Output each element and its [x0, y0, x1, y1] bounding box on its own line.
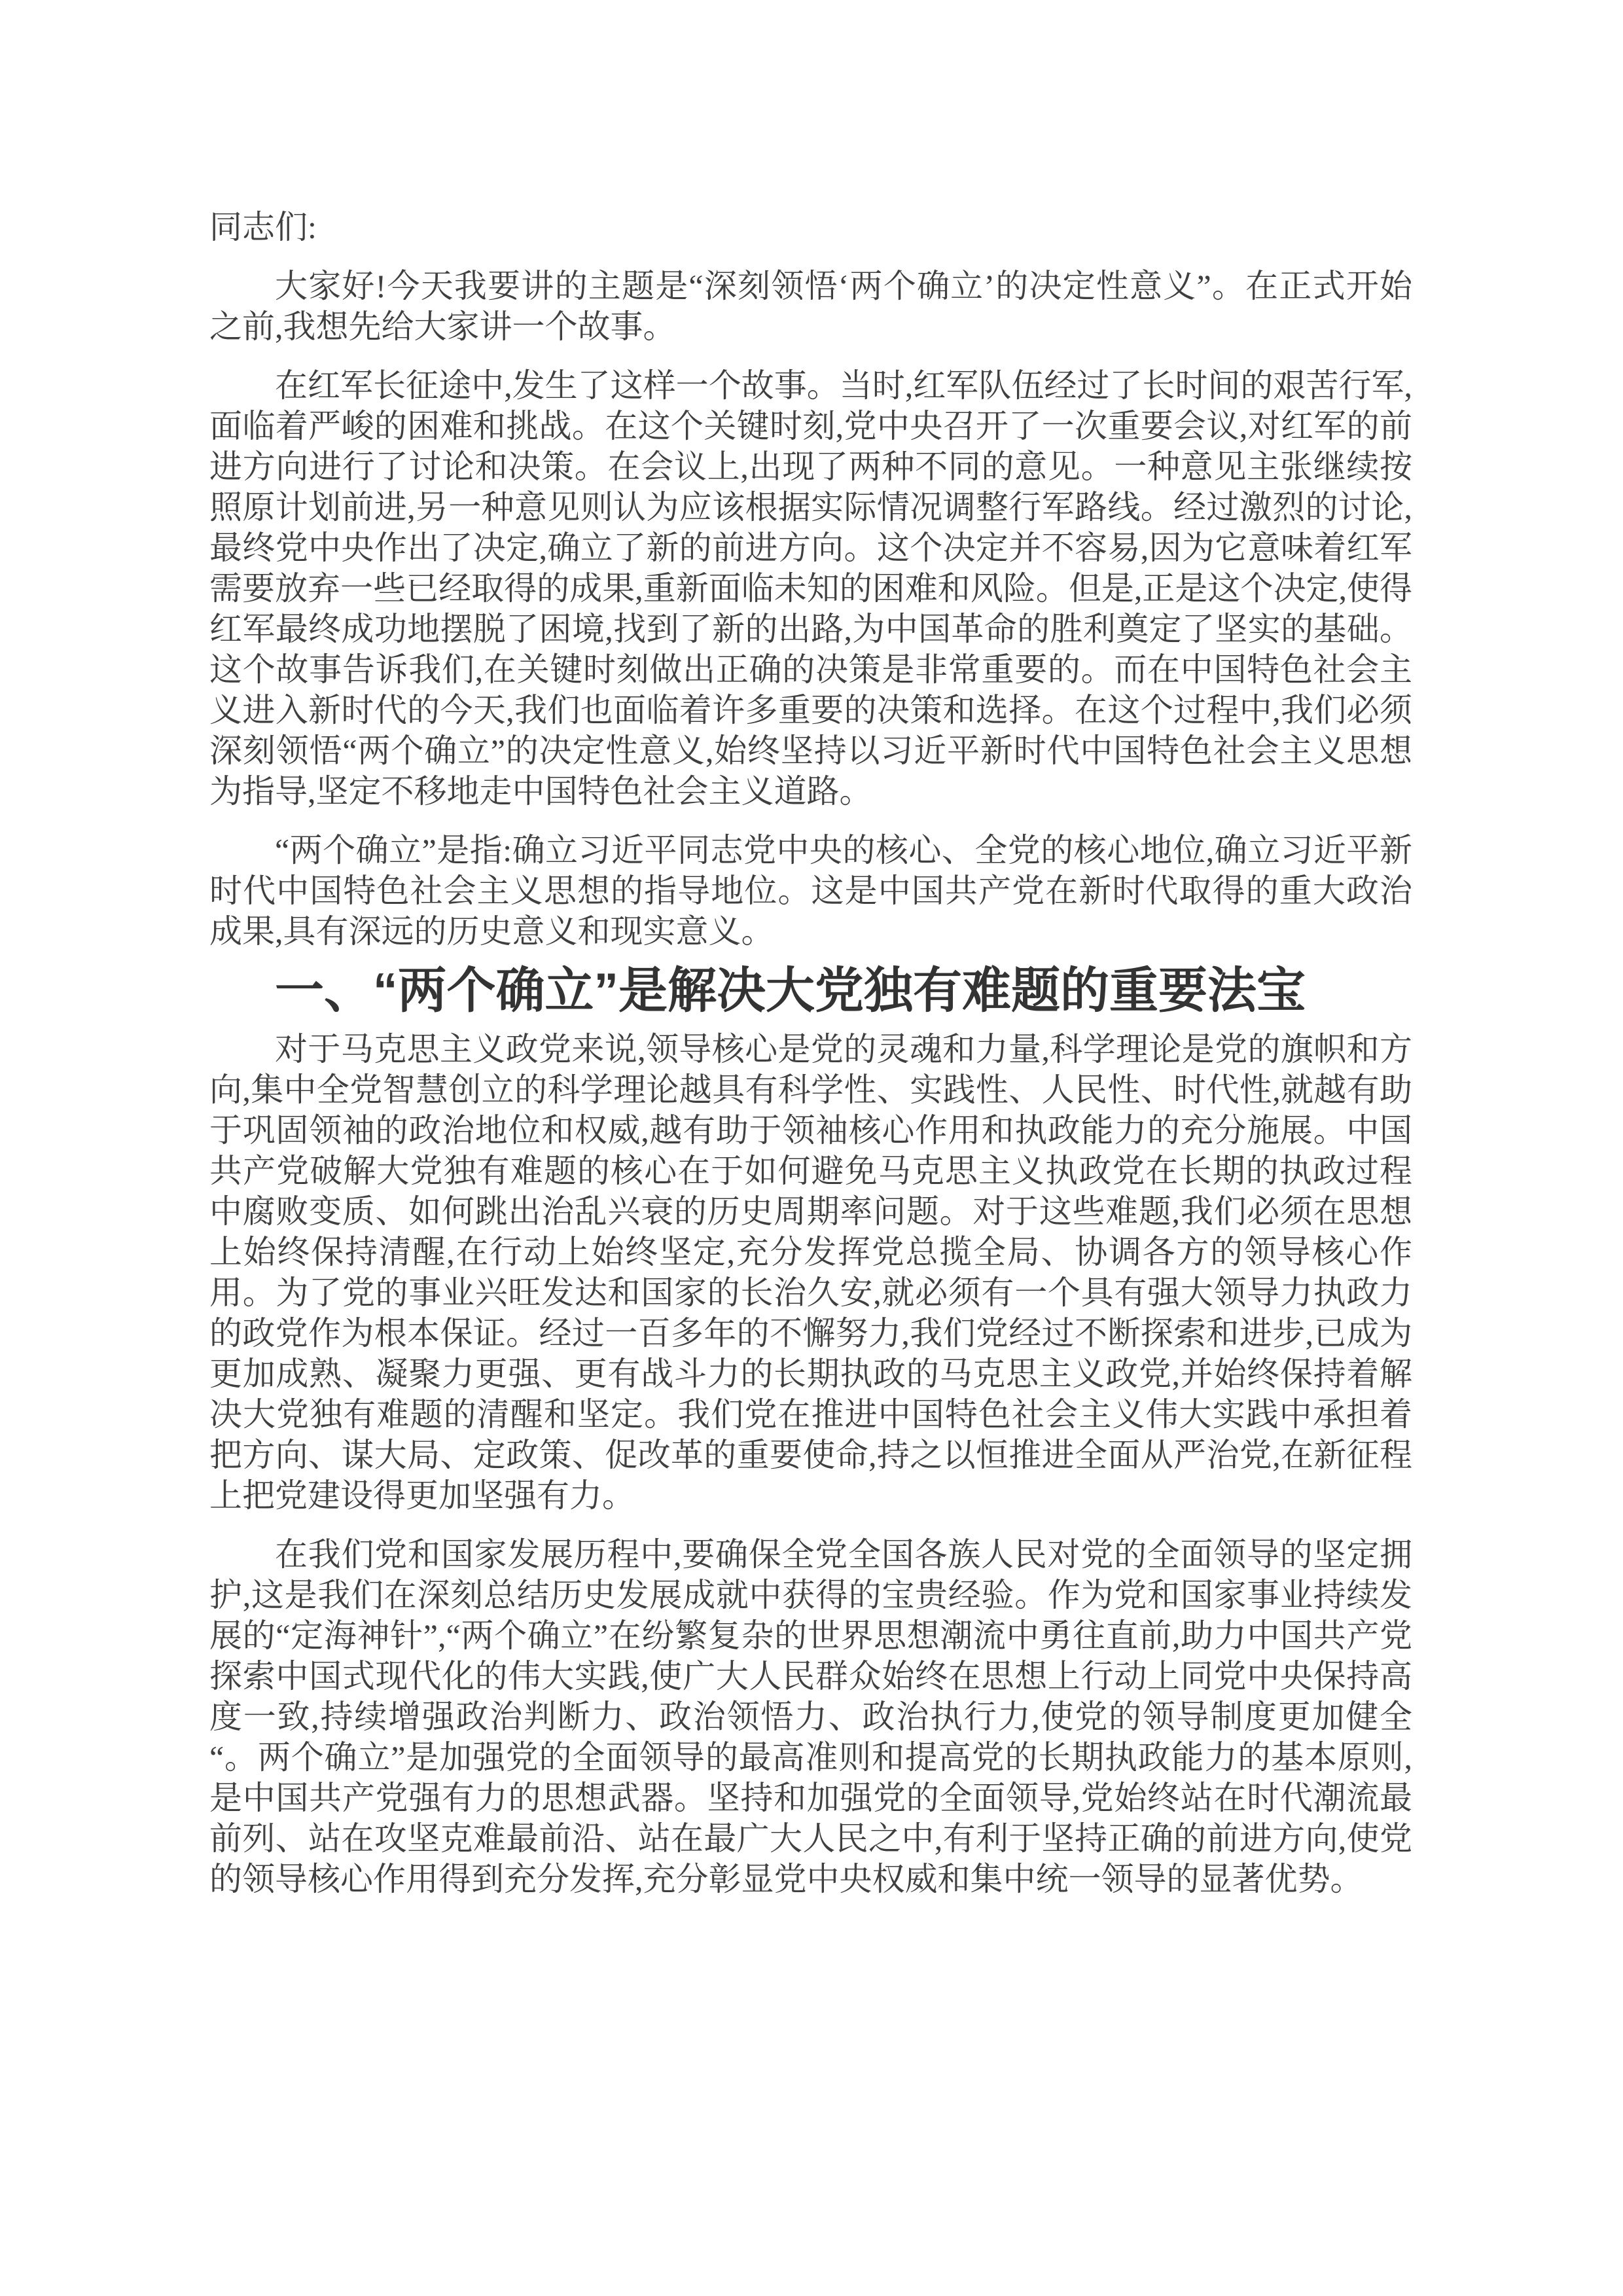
- section-one-paragraph-2: 在我们党和国家发展历程中,要确保全党全国各族人民对党的全面领导的坚定拥护,这是我…: [209, 1534, 1412, 1899]
- section-one-heading: 一、“两个确立”是解决大党独有难题的重要法宝: [209, 970, 1412, 1011]
- document-page: 同志们: 大家好!今天我要讲的主题是“深刻领悟‘两个确立’的决定性意义”。在正式…: [0, 0, 1623, 2296]
- definition-paragraph: “两个确立”是指:确立习近平同志党中央的核心、全党的核心地位,确立习近平新时代中…: [209, 830, 1412, 952]
- intro-paragraph: 大家好!今天我要讲的主题是“深刻领悟‘两个确立’的决定性意义”。在正式开始之前,…: [209, 266, 1412, 347]
- story-paragraph: 在红军长征途中,发生了这样一个故事。当时,红军队伍经过了长时间的艰苦行军,面临着…: [209, 365, 1412, 812]
- salutation-line: 同志们:: [209, 207, 1412, 247]
- section-one-paragraph-1: 对于马克思主义政党来说,领导核心是党的灵魂和力量,科学理论是党的旗帜和方向,集中…: [209, 1029, 1412, 1516]
